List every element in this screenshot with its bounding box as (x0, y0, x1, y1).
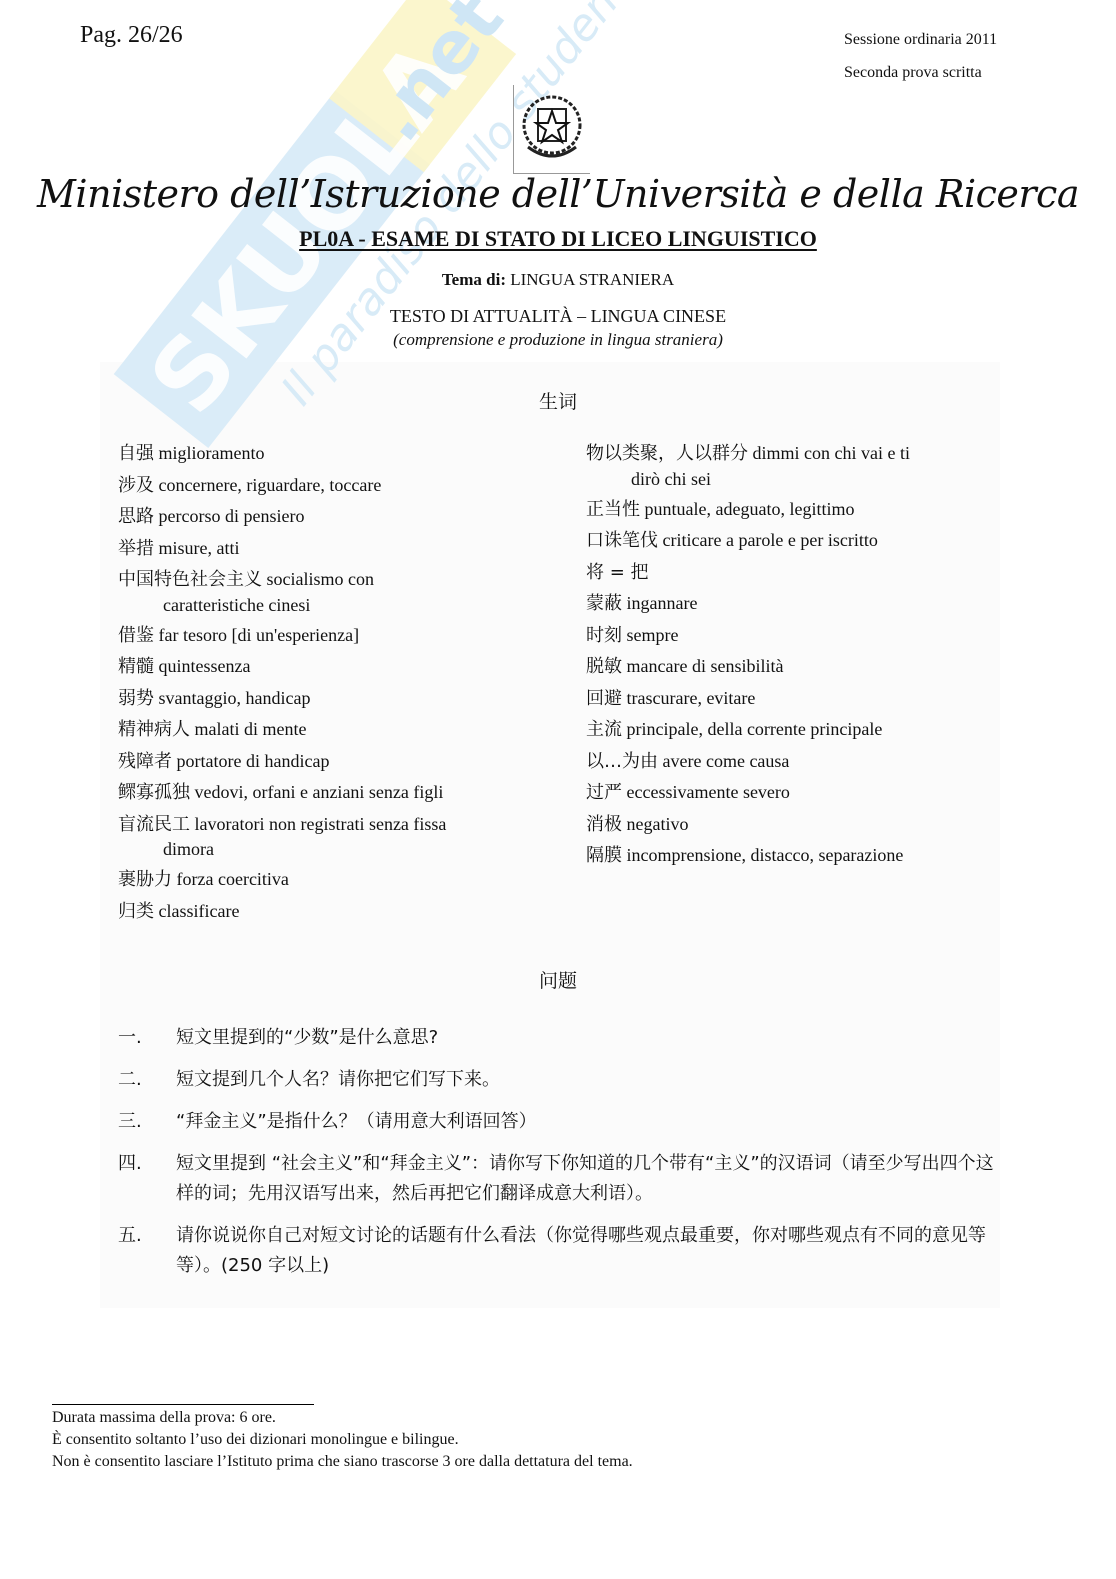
vocab-entry: 盲流民工 lavoratori non registrati senza fis… (118, 809, 558, 863)
vocab-entry: 举措 misure, atti (118, 533, 558, 565)
ministry-title: Ministero dell’Istruzione dell’Universit… (0, 172, 1116, 216)
vocabulary-right-column: 物以类聚，人以群分 dimmi con chi vai e tidirò chi… (586, 438, 1006, 872)
prova-label: Seconda prova scritta (844, 64, 982, 82)
exam-title: PL0A - ESAME DI STATO DI LICEO LINGUISTI… (0, 226, 1116, 252)
comprensione-line: (comprensione e produzione in lingua str… (0, 330, 1116, 350)
vocab-entry: 精神病人 malati di mente (118, 714, 558, 746)
vocabulary-left-column: 自强 miglioramento 涉及 concernere, riguarda… (118, 438, 558, 927)
vocab-entry: 正当性 puntuale, adeguato, legittimo (586, 494, 1006, 526)
document-page: Pag. 26/26 Sessione ordinaria 2011 Secon… (0, 0, 1116, 1579)
vocab-entry: 弱势 svantaggio, handicap (118, 683, 558, 715)
question-item: 二.短文提到几个人名？请你把它们写下来。 (118, 1065, 1008, 1095)
vocab-entry: 以…为由 avere come causa (586, 746, 1006, 778)
footer-line-leave: Non è consentito lasciare l’Istituto pri… (52, 1451, 633, 1473)
vocab-entry: 残障者 portatore di handicap (118, 746, 558, 778)
page-number: Pag. 26/26 (80, 22, 183, 49)
vocab-entry: 主流 principale, della corrente principale (586, 714, 1006, 746)
vocabulary-heading: 生词 (0, 387, 1116, 414)
vocab-entry: 裹胁力 forza coercitiva (118, 864, 558, 896)
vocab-entry: 鳏寡孤独 vedovi, orfani e anziani senza figl… (118, 777, 558, 809)
question-item: 三.“拜金主义”是指什么？（请用意大利语回答） (118, 1107, 1008, 1137)
vocab-entry: 将 = 把 (586, 557, 1006, 589)
vocab-entry: 时刻 sempre (586, 620, 1006, 652)
vocab-entry: 归类 classificare (118, 896, 558, 928)
vocab-entry: 消极 negativo (586, 809, 1006, 841)
vocab-entry: 借鉴 far tesoro [di un'esperienza] (118, 620, 558, 652)
vocab-entry: 中国特色社会主义 socialismo concaratteristiche c… (118, 564, 558, 618)
vocab-entry: 物以类聚，人以群分 dimmi con chi vai e tidirò chi… (586, 438, 1006, 492)
tema-label: Tema di: (442, 270, 506, 289)
vocab-entry: 思路 percorso di pensiero (118, 501, 558, 533)
vocab-entry: 精髓 quintessenza (118, 651, 558, 683)
questions-list: 一.短文里提到的“少数”是什么意思? 二.短文提到几个人名？请你把它们写下来。 … (118, 1023, 1008, 1293)
vocab-entry: 过严 eccessivamente severo (586, 777, 1006, 809)
footnote-divider (52, 1404, 314, 1405)
tema-line: Tema di: LINGUA STRANIERA (0, 270, 1116, 290)
vocab-entry: 口诛笔伐 criticare a parole e per iscritto (586, 525, 1006, 557)
testo-line: TESTO DI ATTUALITÀ – LINGUA CINESE (0, 306, 1116, 327)
vocab-entry: 蒙蔽 ingannare (586, 588, 1006, 620)
question-item: 四.短文里提到 “社会主义”和“拜金主义”：请你写下你知道的几个带有“主义”的汉… (118, 1149, 1008, 1209)
exam-title-text: PL0A - ESAME DI STATO DI LICEO LINGUISTI… (299, 226, 817, 251)
vocab-entry: 隔膜 incomprensione, distacco, separazione (586, 840, 1006, 872)
italian-republic-emblem-icon (513, 85, 590, 174)
footer-notes: Durata massima della prova: 6 ore. È con… (52, 1407, 633, 1473)
questions-heading: 问题 (0, 966, 1116, 993)
footer-line-duration: Durata massima della prova: 6 ore. (52, 1407, 633, 1429)
vocab-entry: 脱敏 mancare di sensibilità (586, 651, 1006, 683)
vocab-entry: 回避 trascurare, evitare (586, 683, 1006, 715)
vocab-entry: 涉及 concernere, riguardare, toccare (118, 470, 558, 502)
vocab-entry: 自强 miglioramento (118, 438, 558, 470)
footer-line-dictionaries: È consentito soltanto l’uso dei dizionar… (52, 1429, 633, 1451)
question-item: 五.请你说说你自己对短文讨论的话题有什么看法（你觉得哪些观点最重要，你对哪些观点… (118, 1221, 1008, 1281)
tema-value: LINGUA STRANIERA (506, 270, 674, 289)
question-item: 一.短文里提到的“少数”是什么意思? (118, 1023, 1008, 1053)
session-label: Sessione ordinaria 2011 (844, 30, 997, 50)
